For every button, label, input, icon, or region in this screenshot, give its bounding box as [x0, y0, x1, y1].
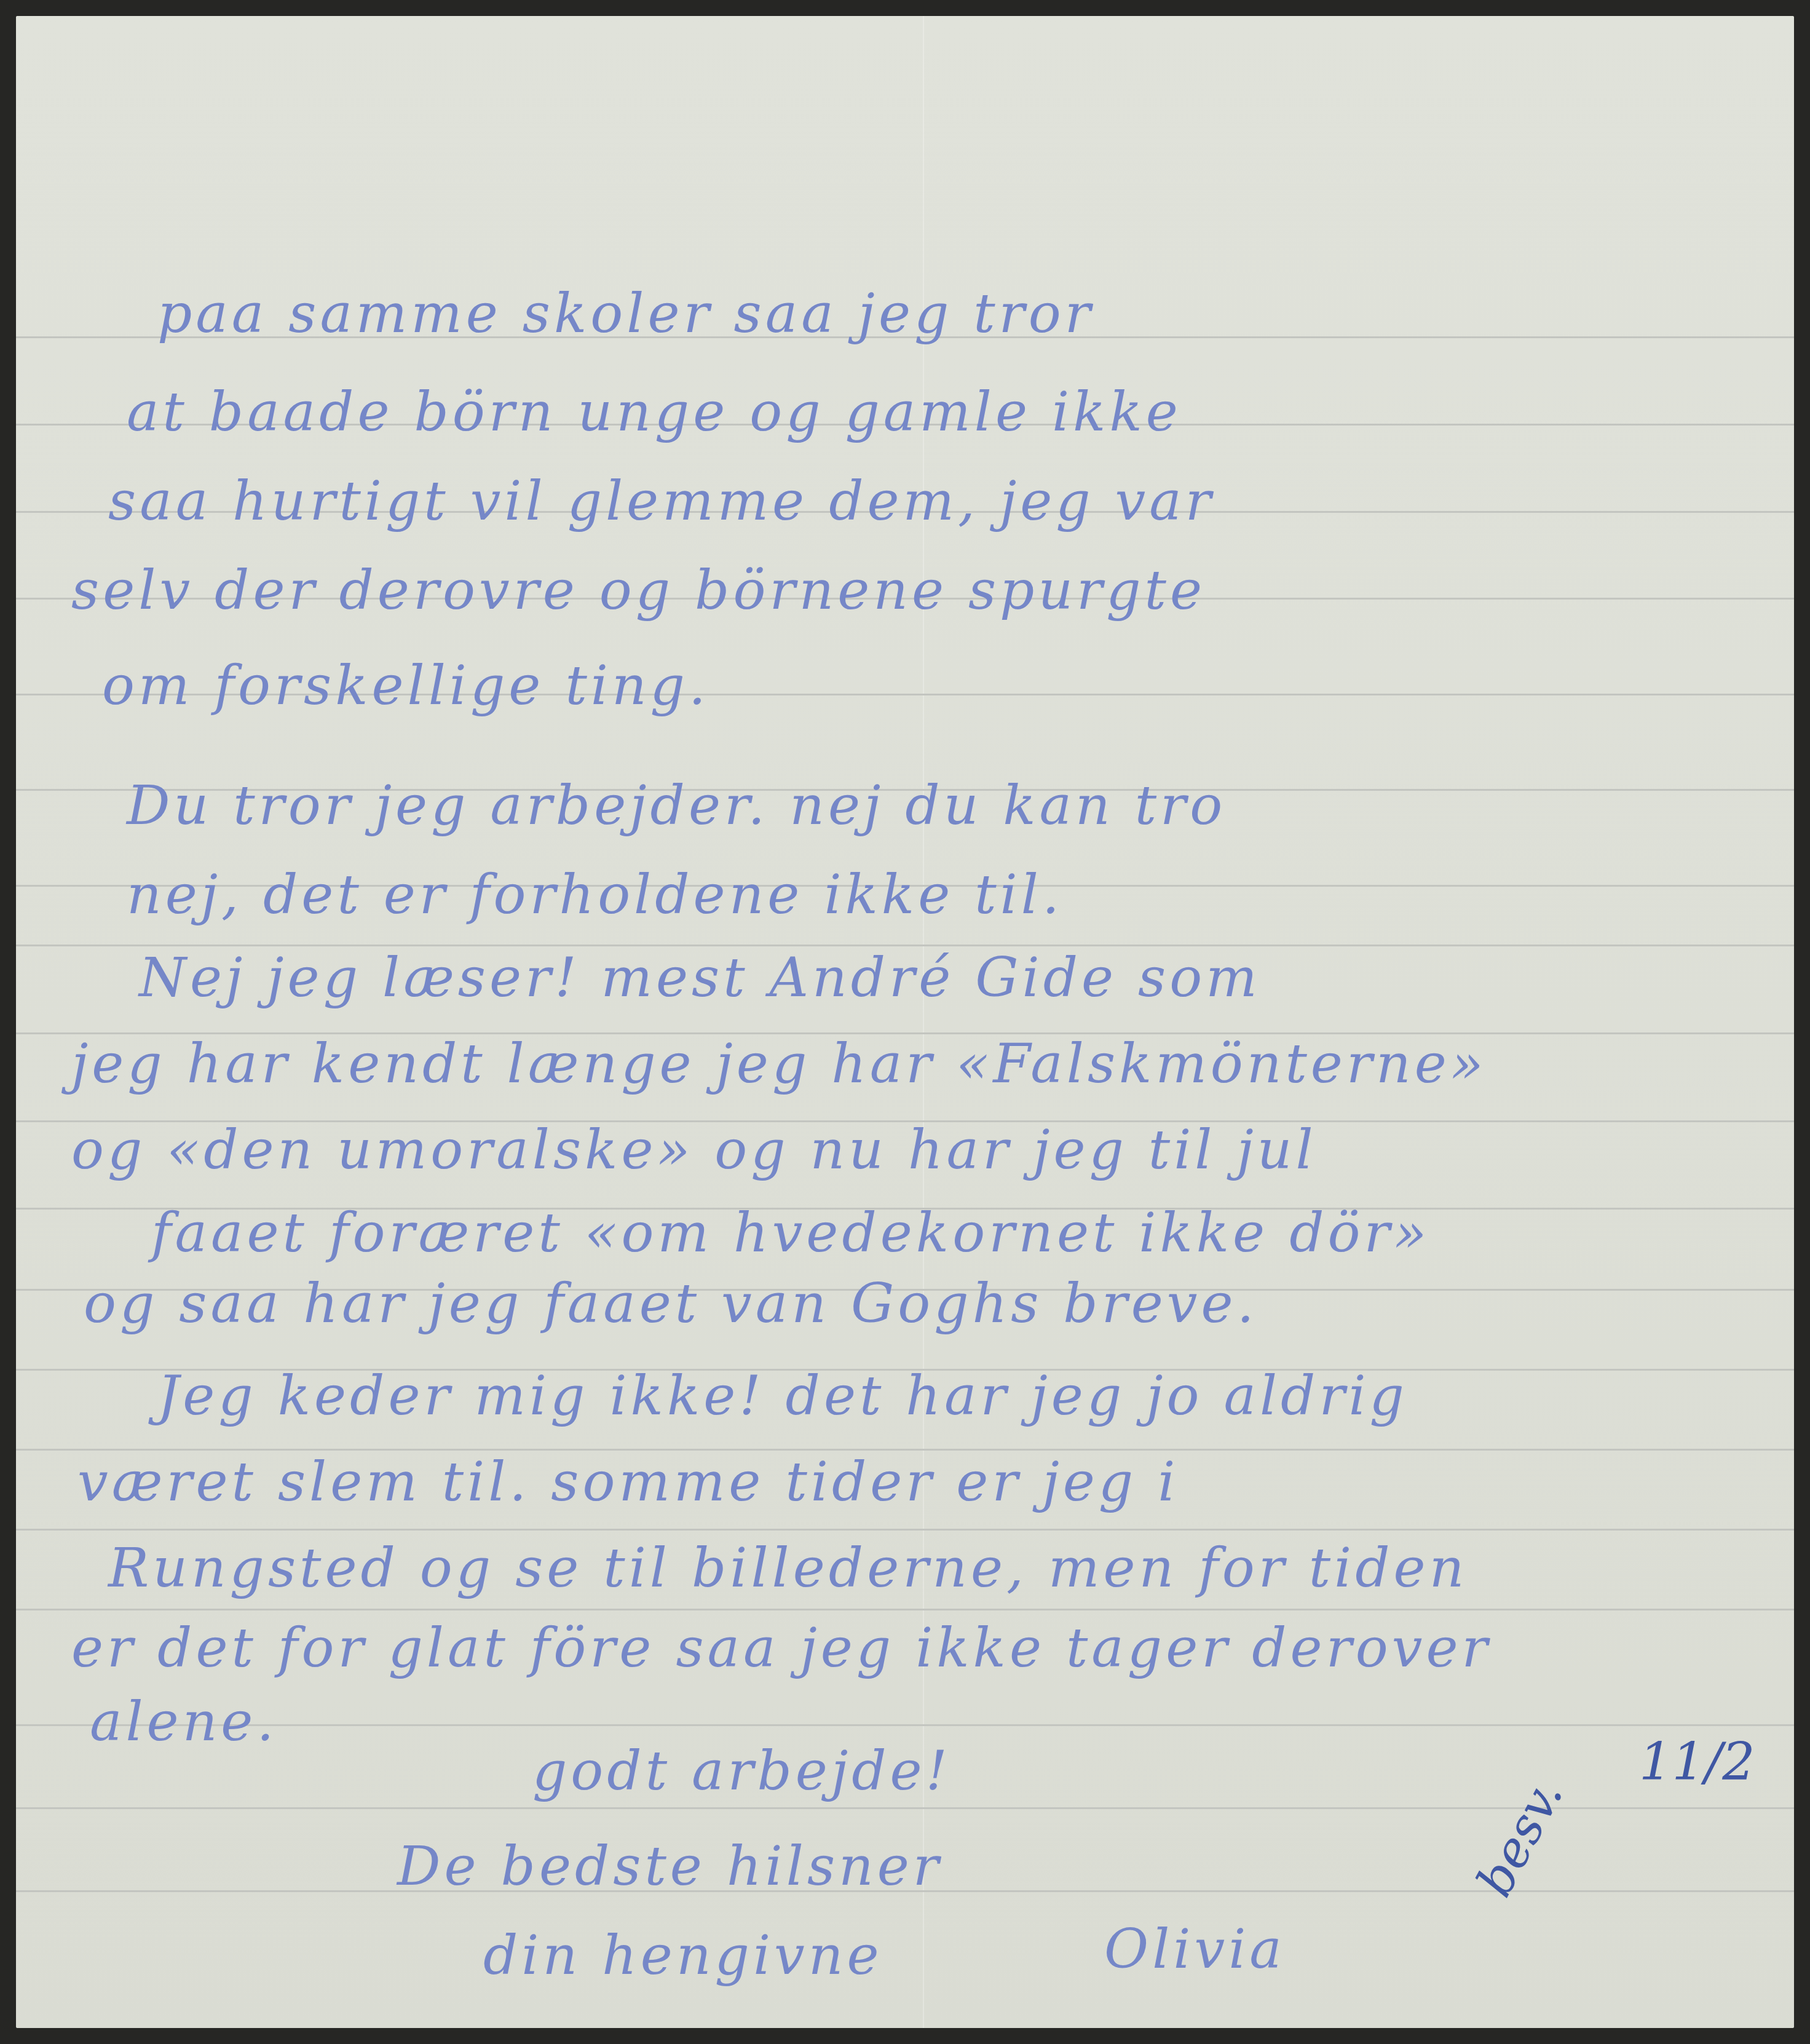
closing-signoff: din hengivne [483, 1928, 883, 1983]
letter-line: været slem til. somme tider er jeg i [77, 1455, 1179, 1509]
letter-line: er det for glat före saa jeg ikke tager … [71, 1621, 1492, 1675]
marginal-note: besv. [1466, 1770, 1574, 1906]
signature: Olivia [1104, 1922, 1286, 1976]
letter-line: saa hurtigt vil glemme dem, jeg var [108, 474, 1215, 528]
closing-greeting: De bedste hilsner [397, 1839, 943, 1893]
letter-line: alene. [90, 1695, 277, 1749]
letter-line: faaet foræret «om hvedekornet ikke dör» [151, 1206, 1430, 1260]
letter-line: nej, det er forholdene ikke til. [127, 868, 1063, 922]
letter-line: om forskellige ting. [102, 659, 709, 713]
closing-wish: godt arbejde! [532, 1744, 951, 1798]
annotation-date: 11/2 [1639, 1732, 1755, 1792]
letter-line: selv der derovre og börnene spurgte [71, 563, 1206, 617]
letter-line: Du tror jeg arbejder. nej du kan tro [127, 778, 1226, 833]
ruled-line [16, 1724, 1794, 1726]
ruled-line [16, 1609, 1794, 1610]
letter-line: og saa har jeg faaet van Goghs breve. [84, 1277, 1258, 1331]
letter-line: Jeg keder mig ikke! det har jeg jo aldri… [157, 1369, 1408, 1423]
letter-line: og «den umoralske» og nu har jeg til jul [71, 1123, 1317, 1177]
letter-line: paa samme skoler saa jeg tror [157, 287, 1094, 341]
letter-line: Rungsted og se til billederne, men for t… [108, 1541, 1468, 1595]
letter-page: paa samme skoler saa jeg tror at baade b… [16, 16, 1794, 2028]
ruled-line [16, 1529, 1794, 1531]
letter-line: jeg har kendt længe jeg har «Falskmönter… [71, 1037, 1487, 1091]
letter-line: Nej jeg læser! mest André Gide som [139, 951, 1261, 1005]
letter-line: at baade börn unge og gamle ikke [127, 385, 1182, 439]
